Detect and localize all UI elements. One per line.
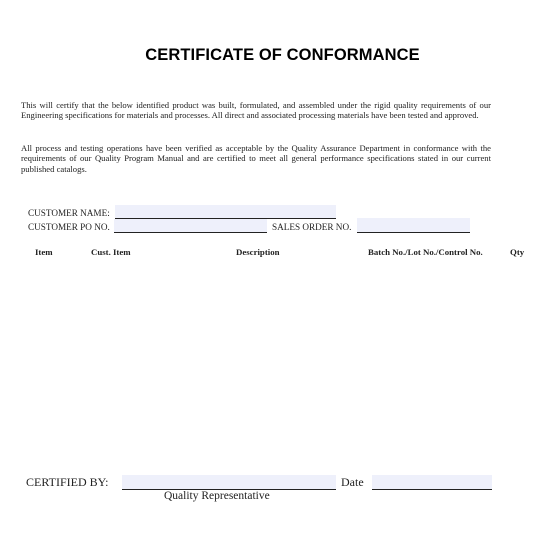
customer-name-field[interactable] — [115, 205, 336, 219]
document-title: CERTIFICATE OF CONFORMANCE — [0, 46, 550, 65]
column-header-batch-lot-control: Batch No./Lot No./Control No. — [368, 247, 483, 257]
certification-paragraph-2: All process and testing operations have … — [21, 143, 491, 174]
date-label: Date — [341, 475, 364, 490]
column-header-qty: Qty — [510, 247, 524, 257]
customer-po-label: CUSTOMER PO NO. — [28, 222, 110, 232]
date-field[interactable] — [372, 475, 492, 490]
quality-representative-caption: Quality Representative — [164, 490, 270, 502]
column-header-item: Item — [35, 247, 53, 257]
customer-po-field[interactable] — [114, 219, 267, 233]
certification-paragraph-1: This will certify that the below identif… — [21, 100, 491, 121]
sales-order-label: SALES ORDER NO. — [272, 222, 351, 232]
column-header-cust-item: Cust. Item — [91, 247, 131, 257]
customer-name-label: CUSTOMER NAME: — [28, 208, 110, 218]
certified-by-field[interactable] — [122, 475, 336, 490]
sales-order-field[interactable] — [357, 218, 470, 233]
column-header-description: Description — [236, 247, 280, 257]
certified-by-label: CERTIFIED BY: — [26, 475, 109, 490]
